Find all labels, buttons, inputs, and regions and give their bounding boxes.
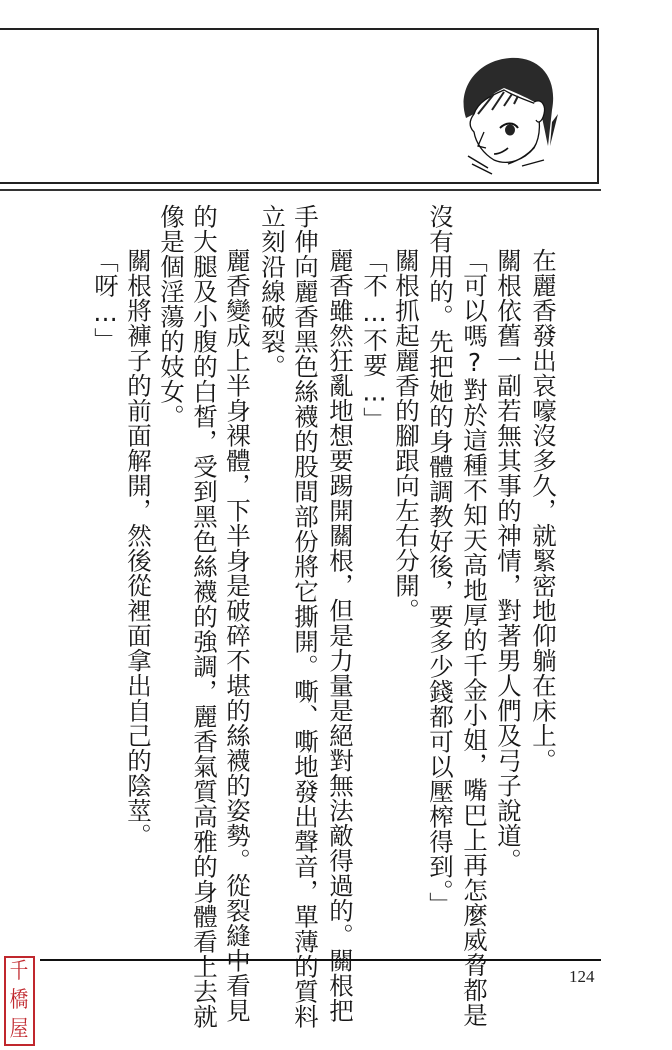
- seal-stamp: 千 橋 屋: [4, 956, 35, 1046]
- text-column-2: 關根依舊一副若無其事的神情，對著男人們及弓子說道。: [493, 248, 523, 873]
- text-column-3: 「可以嗎?對於這種不知天高地厚的千金小姐，嘴巴上再怎麼威脅都是: [459, 248, 489, 1028]
- text-column-7: 麗香雖然狂亂地想要踢開關根，但是力量是絕對無法敵得過的。關根把: [325, 248, 355, 1023]
- text-column-13: 關根將褲子的前面解開，然後從裡面拿出自己的陰莖。: [123, 248, 153, 848]
- footer-rule: [40, 959, 601, 961]
- text-column-11: 的大腿及小腹的白皙，受到黑色絲襪的強調，麗香氣質高雅的身體看上去就: [189, 204, 219, 1029]
- page-number: 124: [569, 967, 595, 987]
- text-column-12: 像是個淫蕩的妓女。: [156, 204, 186, 429]
- text-column-10: 麗香變成上半身裸體，下半身是破碎不堪的絲襪的姿勢。從裂縫中看見: [222, 248, 252, 1023]
- text-column-4: 沒有用的。先把她的身體調教好後，要多少錢都可以壓榨得到。」: [425, 204, 455, 917]
- text-column-1: 在麗香發出哀嚎沒多久，就緊密地仰躺在床上。: [528, 248, 558, 773]
- stamp-char-3: 屋: [10, 1018, 29, 1042]
- stamp-char-1: 千: [10, 960, 29, 984]
- text-column-6: 「不…不要…」: [359, 248, 389, 432]
- vertical-text-body: 在麗香發出哀嚎沒多久，就緊密地仰躺在床上。 關根依舊一副若無其事的神情，對著男人…: [0, 0, 672, 960]
- text-column-8: 手伸向麗香黑色絲襪的股間部份將它撕開。嘶、嘶地發出聲音，單薄的質料: [290, 204, 320, 1029]
- text-column-14: 「呀…」: [90, 248, 120, 353]
- stamp-char-2: 橋: [10, 989, 29, 1013]
- text-column-9: 立刻沿線破裂。: [257, 204, 287, 379]
- text-column-5: 關根抓起麗香的腳跟向左右分開。: [391, 248, 421, 623]
